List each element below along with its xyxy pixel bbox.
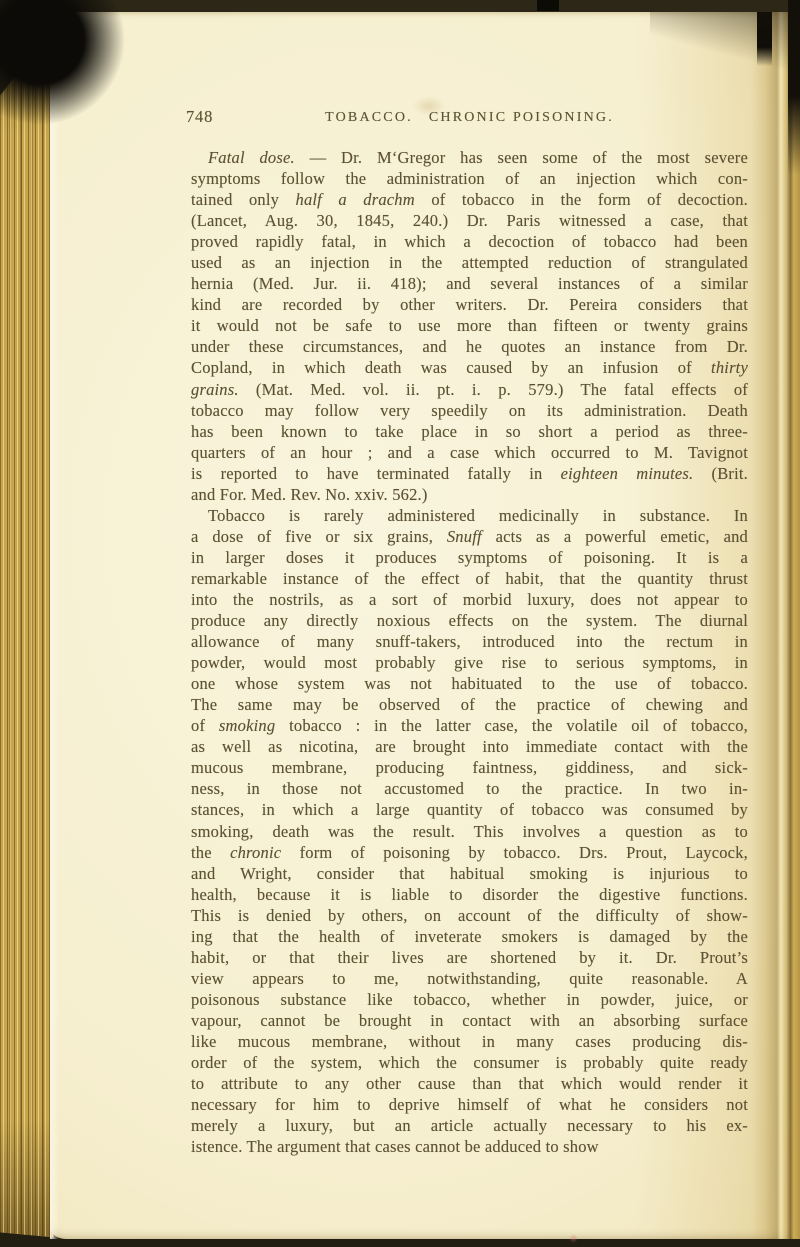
running-header: TOBACCO.CHRONIC POISONING. [191,110,748,126]
binding-shadow [788,0,800,175]
text-line: symptoms follow the administration of an… [191,168,748,189]
text-line: remarkable instance of the effect of hab… [191,568,748,589]
text-line: the chronic form of poisoning by tobacco… [191,842,748,863]
text-line: tobacco may follow very speedily on its … [191,400,748,421]
book-photo: 748 TOBACCO.CHRONIC POISONING. Fatal dos… [0,0,800,1247]
text-line: health, because it is liable to disorder… [191,884,748,905]
text-line: habit, or that their lives are shortened… [191,947,748,968]
text-line: of smoking tobacco : in the latter case,… [191,715,748,736]
body-text: Fatal dose. — Dr. M‘Gregor has seen some… [191,147,748,1157]
text-line: powder, would most probably give rise to… [191,652,748,673]
text-line: merely a luxury, but an article actually… [191,1115,748,1136]
text-line: to attribute to any other cause than tha… [191,1073,748,1094]
text-line: quarters of an hour ; and a case which o… [191,442,748,463]
text-line: kind are recorded by other writers. Dr. … [191,294,748,315]
text-line: stances, in which a large quantity of to… [191,799,748,820]
paragraph: Fatal dose. — Dr. M‘Gregor has seen some… [191,147,748,505]
text-line: poisonous substance like tobacco, whethe… [191,989,748,1010]
text-line: Tobacco is rarely administered medicinal… [191,505,748,526]
text-line: as well as nicotina, are brought into im… [191,736,748,757]
paragraph: Tobacco is rarely administered medicinal… [191,505,748,1157]
text-line: into the nostrils, as a sort of morbid l… [191,589,748,610]
text-line: allowance of many snuff-takers, introduc… [191,631,748,652]
text-line: mucous membrane, producing faintness, gi… [191,757,748,778]
text-line: vapour, cannot be brought in contact wit… [191,1010,748,1031]
running-header-section: CHRONIC POISONING. [429,110,614,125]
text-line: and For. Med. Rev. No. xxiv. 562.) [191,484,748,505]
background-dark-patch [537,0,559,11]
text-line: it would not be safe to use more than fi… [191,315,748,336]
text-line: has been known to take place in so short… [191,421,748,442]
text-line: smoking, death was the result. This invo… [191,821,748,842]
text-line: order of the system, which the consumer … [191,1052,748,1073]
paper-stain [569,1234,578,1243]
text-line: in larger doses it produces symptoms of … [191,547,748,568]
text-line: Fatal dose. — Dr. M‘Gregor has seen some… [191,147,748,168]
text-line: one whose system was not habituated to t… [191,673,748,694]
left-page-edges [0,12,54,1241]
text-line: tained only half a drachm of tobacco in … [191,189,748,210]
text-line: hernia (Med. Jur. ii. 418); and several … [191,273,748,294]
text-line: necessary for him to deprive himself of … [191,1094,748,1115]
text-line: The same may be observed of the practice… [191,694,748,715]
text-line: This is denied by others, on account of … [191,905,748,926]
text-line: and Wright, consider that habitual smoki… [191,863,748,884]
text-line: ness, in those not accustomed to the pra… [191,778,748,799]
text-line: a dose of five or six grains, Snuff acts… [191,526,748,547]
text-line: ing that the health of inveterate smoker… [191,926,748,947]
text-line: Copland, in which death was caused by an… [191,357,748,378]
text-line: under these circumstances, and he quotes… [191,336,748,357]
text-line: is reported to have terminated fatally i… [191,463,748,484]
text-line: used as an injection in the attempted re… [191,252,748,273]
top-right-shadow [650,12,800,74]
gutter-shadow [752,12,800,1239]
text-line: (Lancet, Aug. 30, 1845, 240.) Dr. Paris … [191,210,748,231]
text-line: proved rapidly fatal, in which a decocti… [191,231,748,252]
text-line: produce any directly noxious effects on … [191,610,748,631]
top-left-corner-shadow [0,0,125,125]
text-line: like mucous membrane, without in many ca… [191,1031,748,1052]
text-line: istence. The argument that cases cannot … [191,1136,748,1157]
running-header-subject: TOBACCO. [325,110,413,125]
text-line: grains. (Mat. Med. vol. ii. pt. i. p. 57… [191,379,748,400]
text-line: view appears to me, notwithstanding, qui… [191,968,748,989]
